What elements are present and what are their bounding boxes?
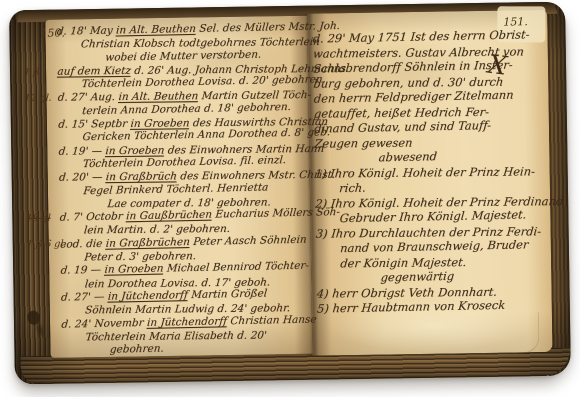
line-segment-underlined: in Alt. Beuthen [118, 91, 199, 104]
line-segment: d. 19 — [60, 264, 105, 277]
line-segment: des Einwohners Mstr. Christ. [176, 169, 335, 183]
left-page-text: d. 18' May in Alt. Beuthen Sel. des Müll… [57, 22, 308, 358]
margin-fee-note: 1 ß [24, 67, 59, 79]
line-segment: d. 7' Octobr [59, 210, 126, 223]
line-segment-underlined: in Groeben [104, 263, 164, 276]
open-book: 150. 151. 1 ß 12 gl. 18 gl 1 ß 6 gl. X d… [9, 2, 571, 385]
line-segment-underlined: in Groeben [105, 144, 165, 157]
line-segment: d. 27' Aug. [57, 91, 119, 104]
line-segment-underlined: in Graßbrüch [105, 171, 177, 184]
line-segment-underlined: in Groeben [130, 117, 190, 130]
line-segment: Christian Hanse [227, 313, 318, 327]
right-page-text: d. 29' May 1751 Ist des herrn Obrist- wa… [313, 28, 549, 317]
photo-background: 150. 151. 1 ß 12 gl. 18 gl 1 ß 6 gl. X d… [0, 0, 580, 397]
line-segment-underlined: in Alt. Beuthen [116, 23, 197, 37]
margin-fee-note: 12 gl. [24, 93, 59, 105]
line-segment: Michael Bennirod Töchter- [163, 260, 309, 275]
line-segment-underlined: in Jütchendorff [107, 289, 188, 303]
line-segment: eod. die [60, 237, 107, 250]
line-segment-underlined: in Gaußbrüchen [126, 209, 213, 223]
line-segment: d. 27' — [60, 291, 108, 304]
line-segment-underlined: in Graßbrüchen [105, 236, 190, 250]
line-segment-underlined: auf dem Kietz [57, 65, 132, 78]
line-segment: d. 19' — [58, 145, 106, 158]
margin-fee-note: 18 gl [26, 213, 61, 225]
line-segment: Martin Größel [187, 287, 267, 301]
line-segment: d. 15' Septbr [58, 118, 131, 131]
line-segment: d. 20' — [59, 171, 107, 184]
margin-fee-note: 1 ß 6 gl. [26, 239, 61, 251]
line-segment: d. 18' May [56, 24, 116, 37]
line-segment: Peter Aasch Söhnlein [189, 233, 307, 247]
line-segment: d. 24' Novembr [61, 316, 148, 330]
line-segment-underlined: in Jütchendorff [146, 315, 227, 329]
